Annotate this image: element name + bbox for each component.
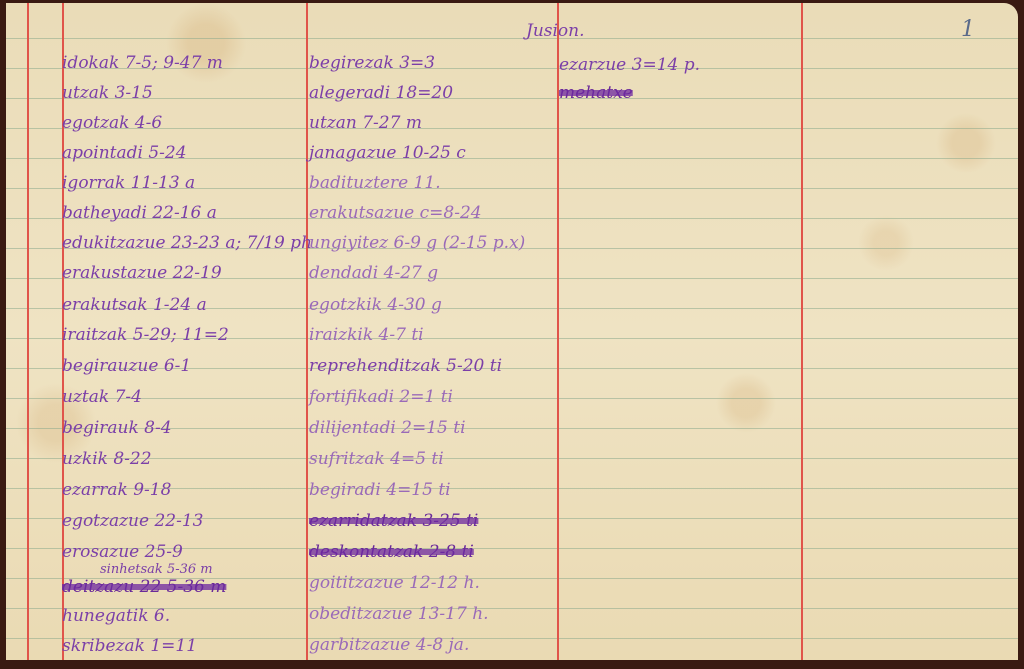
list-item: begirezak 3=3 [309, 53, 435, 73]
list-item: iraitzak 5-29; 11=2 [62, 325, 229, 345]
list-item: alegeradi 18=20 [309, 83, 453, 103]
list-item: hunegatik 6. [62, 606, 170, 626]
list-item: utzak 3-15 [62, 83, 153, 103]
list-item: dilijentadi 2=15 ti [309, 418, 466, 438]
ruled-line [6, 38, 1018, 39]
list-item: egotzazue 22-13 [62, 511, 203, 531]
list-item: goititzazue 12-12 h. [309, 573, 480, 593]
list-item: erakutsak 1-24 a [62, 295, 207, 315]
list-item-struck: ezarridatzak 3-25 ti [309, 511, 478, 531]
list-item: begiradi 4=15 ti [309, 480, 451, 500]
list-item: idokak 7-5; 9-47 m [62, 53, 223, 73]
list-item: apointadi 5-24 [62, 143, 187, 163]
notebook-page: Jusion. 1 idokak 7-5; 9-47 m utzak 3-15 … [6, 3, 1018, 660]
list-item: batheyadi 22-16 a [62, 203, 217, 223]
list-item: egotzkik 4-30 g [309, 295, 442, 315]
list-item-struck: deitzazu 22 5-36 m [62, 577, 226, 597]
list-item: edukitzazue 23-23 a; 7/19 ph [62, 233, 312, 253]
ruled-line [6, 98, 1018, 99]
list-item: uzkik 8-22 [62, 449, 152, 469]
ruled-line [6, 458, 1018, 459]
column-divider [306, 3, 308, 660]
column-divider [801, 3, 803, 660]
margin-line [27, 3, 29, 660]
list-item: egotzak 4-6 [62, 113, 162, 133]
list-item: fortifikadi 2=1 ti [309, 387, 453, 407]
list-item: begirauk 8-4 [62, 418, 172, 438]
list-item: begirauzue 6-1 [62, 356, 191, 376]
ruled-line [6, 398, 1018, 399]
list-item: igorrak 11-13 a [62, 173, 195, 193]
list-item: garbitzazue 4-8 ja. [309, 635, 469, 655]
list-item: sufritzak 4=5 ti [309, 449, 444, 469]
list-item: erakutsazue c=8-24 [309, 203, 482, 223]
list-item: ezarzue 3=14 p. [559, 55, 700, 75]
list-item: ungiyitez 6-9 g (2-15 p.x) [309, 233, 525, 253]
list-item: obeditzazue 13-17 h. [309, 604, 489, 624]
list-item-struck: deskontatzak 2-8 ti [309, 542, 474, 562]
list-item: utzan 7-27 m [309, 113, 422, 133]
page-number: 1 [961, 17, 975, 42]
list-item: iraizkik 4-7 ti [309, 325, 424, 345]
list-item: erakustazue 22-19 [62, 263, 222, 283]
list-item: ezarrak 9-18 [62, 480, 171, 500]
list-item: badituztere 11. [309, 173, 441, 193]
list-item: skribezak 1=11 [62, 636, 197, 656]
list-item: dendadi 4-27 g [309, 263, 438, 283]
list-item: janagazue 10-25 c [309, 143, 466, 163]
list-item: reprehenditzak 5-20 ti [309, 356, 502, 376]
page-heading: Jusion. [526, 21, 585, 41]
list-item: uztak 7-4 [62, 387, 142, 407]
list-item-struck: mehatxe [559, 83, 633, 103]
list-item: erosazue 25-9 [62, 542, 183, 562]
